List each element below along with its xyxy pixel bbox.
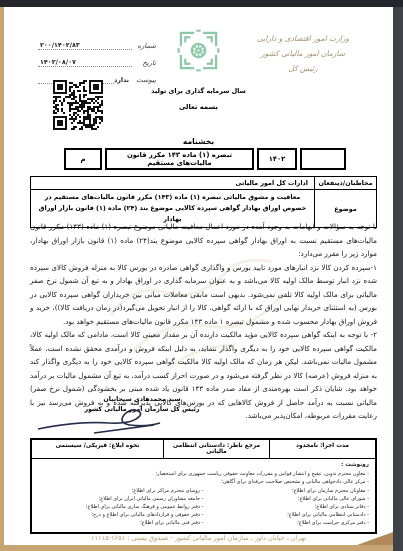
pdf-viewer-canvas: وزارت امور اقتصادی و دارایی سازمان امور … (0, 0, 403, 551)
cc-item: - جامعه مشاوران رسمی مالیاتی ایران برای … (38, 495, 204, 503)
doc-type-title: بخشنامه (4, 137, 393, 146)
attachment-label: پیوست (132, 76, 156, 84)
ministry-line-3: رئیس کل (239, 61, 367, 76)
cc-label: رونوشت : (38, 461, 369, 469)
signatory-name: سید محمدهادی سبحانیان (82, 395, 202, 405)
date-value: ۱۴۰۲/۰۸/۰۷ (40, 58, 76, 66)
cc-item-full-2: - مرکز عالی دادخواهی مالیاتی و تشخیص صلا… (38, 478, 369, 486)
cc-item: - دفتر فنی مالیاتی برای اطلاع؛ (38, 519, 204, 527)
number-value: ۲۰۰/۱۴۰۲/۸۳ (40, 41, 80, 49)
cc-left-column: - روسای محترم مراکز برای اطلاع؛ - جامعه … (38, 487, 204, 528)
duration-cell: مدت اجرا: نامحدود (269, 440, 375, 458)
supervisor-cell: مرجع ناظر: دادستانی انتظامی مالیاتی (163, 440, 269, 458)
cc-item: - دفاتر ستادی برای اطلاع؛ (204, 503, 370, 511)
cc-right-column: - معاونان محترم سازمان برای اطلاع؛ - شور… (204, 487, 370, 528)
cc-item: - دفتر حقوقی و قراردادهای مالیاتی برای ا… (38, 511, 204, 519)
classification-code-cell: م (64, 148, 102, 170)
body-paragraph-intro: با توجه به سؤالات و ابهامات به وجود آمده… (30, 220, 377, 261)
audience-label: مخاطبان/ذینفعان (314, 177, 376, 189)
cc-item: - روسای محترم مراکز برای اطلاع؛ (38, 487, 204, 495)
number-label: شماره (132, 42, 156, 50)
qr-code (53, 80, 103, 130)
body-paragraph-1: ۱-سپرده کردن کالا نزد انبارهای مورد تایی… (30, 261, 377, 329)
cc-item: - دفتر مرکزی حراست برای اطلاع؛ (204, 519, 370, 527)
date-label: تاریخ (132, 59, 156, 67)
distribution-header-row: مدت اجرا: نامحدود مرجع ناظر: دادستانی ان… (32, 440, 375, 459)
audience-value: ادارات کل امور مالیاتی (31, 177, 314, 189)
cc-item: - دفتر روابط عمومی و فرهنگ سازی مالیاتی … (38, 503, 204, 511)
ministry-line-2: سازمان امور مالیاتی کشور (239, 46, 367, 61)
document-number-block: شماره ۲۰۰/۱۴۰۲/۸۳ تاریخ ۱۴۰۲/۰۸/۰۷ پیوست… (38, 33, 156, 84)
classification-law-cell: تبصره (۱) ماده ۱۴۳ مکرر قانون مالیات‌های… (105, 148, 254, 170)
cc-item: - معاونان محترم سازمان برای اطلاع؛ (204, 487, 370, 495)
audience-row: مخاطبان/ذینفعان ادارات کل امور مالیاتی (31, 177, 376, 189)
document-page: وزارت امور اقتصادی و دارایی سازمان امور … (4, 7, 393, 545)
number-row: شماره ۲۰۰/۱۴۰۲/۸۳ (38, 33, 156, 50)
handwritten-signature-icon (34, 409, 184, 441)
classification-serial-cell (300, 148, 346, 170)
cc-item-full-1: - معاون محترم تدوین، تنقیح و انتشار قوان… (38, 470, 369, 478)
attachment-value: ندارد (114, 77, 129, 84)
footer-address: تهران ـ خیابان داور ـ سازمان امور مالیات… (4, 534, 393, 542)
cc-item: - دادستانی انتظامی مالیاتی برای اطلاع؛ (204, 511, 370, 519)
classification-year-cell: ۱۴۰۲ (257, 148, 297, 170)
delivery-method-cell: نحوه ابلاغ: فیزیکی/ سیستمی (32, 440, 163, 458)
ministry-header: وزارت امور اقتصادی و دارایی سازمان امور … (239, 31, 367, 76)
cc-item: - شورای عالی مالیاتی برای اطلاع؛ (204, 495, 370, 503)
classification-strip: ۱۴۰۲ تبصره (۱) ماده ۱۴۳ مکرر قانون مالیا… (64, 148, 346, 170)
tax-organization-logo-icon (175, 27, 222, 74)
body-text: با توجه به سؤالات و ابهامات به وجود آمده… (30, 220, 377, 423)
distribution-table: مدت اجرا: نامحدود مرجع ناظر: دادستانی ان… (30, 438, 377, 534)
ministry-line-1: وزارت امور اقتصادی و دارایی (239, 31, 367, 46)
viewer-scrollbar-area[interactable] (393, 0, 403, 551)
viewer-top-bar (0, 0, 403, 7)
date-row: تاریخ ۱۴۰۲/۰۸/۰۷ (38, 50, 156, 67)
cc-section: رونوشت : - معاون محترم تدوین، تنقیح و ان… (32, 459, 375, 532)
